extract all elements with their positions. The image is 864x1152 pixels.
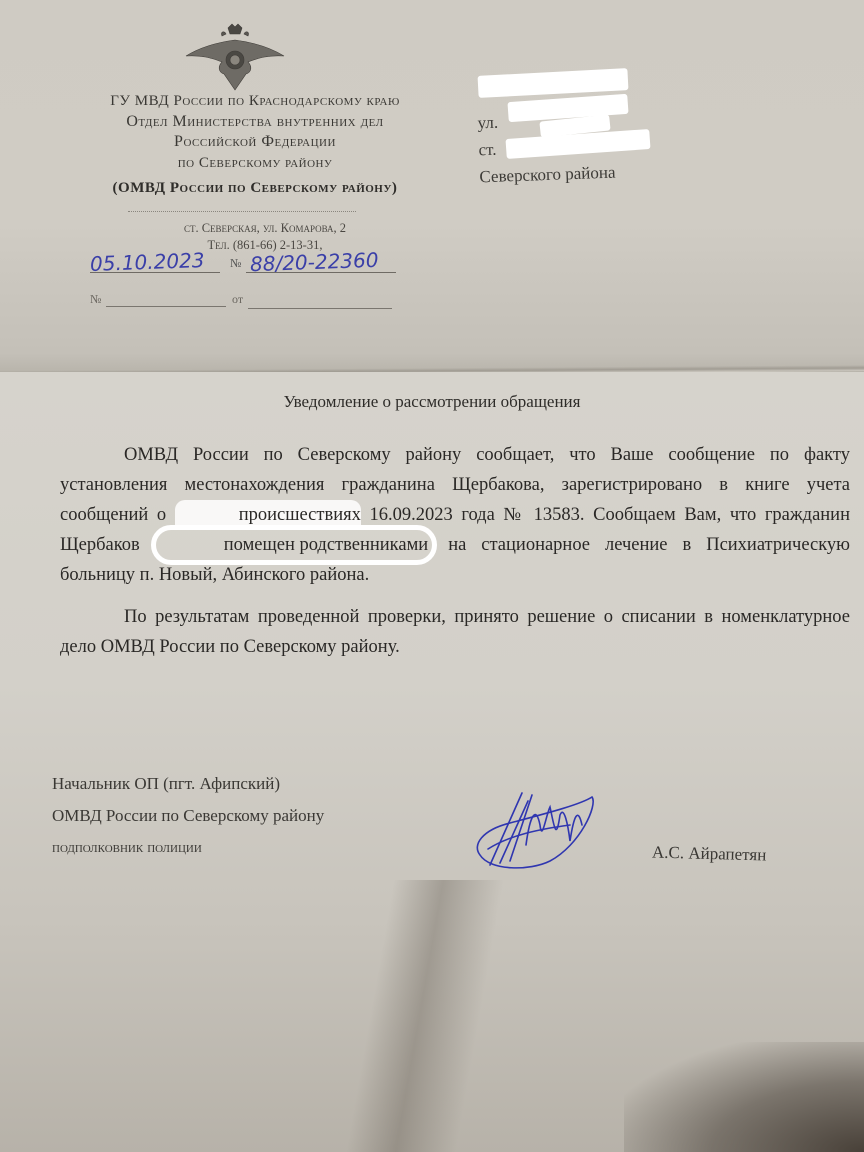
letterhead-contacts: ст. Северская, ул. Комарова, 2 Тел. (861… xyxy=(70,220,460,254)
number-underline xyxy=(246,272,396,273)
letterhead-line: Отдел Министерства внутренних дел xyxy=(70,112,440,132)
letterhead-short-name: (ОМВД России по Северскому району) xyxy=(70,180,440,197)
body-paragraph-2: По результатам проведенной проверки, при… xyxy=(60,602,850,662)
document-body: ОМВД России по Северскому району сообщае… xyxy=(60,440,850,662)
recipient-street-prefix: ул. xyxy=(477,113,498,133)
letterhead-address: ст. Северская, ул. Комарова, 2 xyxy=(70,220,460,237)
letterhead-line: ГУ МВД России по Краснодарскому краю xyxy=(70,90,440,112)
incoming-number-label: № xyxy=(90,292,101,307)
signature-block: Начальник ОП (пгт. Афипский) ОМВД России… xyxy=(52,768,324,864)
handwritten-signature-icon xyxy=(470,785,600,875)
signer-rank: подполковник полиции xyxy=(52,832,324,864)
letterhead-line: Российской Федерации xyxy=(70,132,440,152)
document-title: Уведомление о рассмотрении обращения xyxy=(0,392,864,412)
background-shadow xyxy=(624,1042,864,1152)
body-paragraph-1: ОМВД России по Северскому району сообщае… xyxy=(60,440,850,590)
signer-position-line-1: Начальник ОП (пгт. Афипский) xyxy=(52,768,324,800)
highlighted-phrase: помещен родственниками xyxy=(151,525,437,565)
incoming-reference: № от xyxy=(90,292,400,312)
incoming-from-label: от xyxy=(232,292,243,307)
incoming-number-field xyxy=(106,292,226,307)
signer-position-line-2: ОМВД России по Северскому району xyxy=(52,800,324,832)
number-sign: № xyxy=(230,256,241,271)
recipient-station-prefix: ст. xyxy=(478,140,497,160)
outgoing-registration: 05.10.2023 № 88/20-22360 xyxy=(90,250,400,274)
recipient-district: Северского района xyxy=(479,159,616,191)
letterhead-divider xyxy=(128,211,356,212)
incoming-date-field xyxy=(248,294,392,309)
letterhead-line: по Северскому району xyxy=(70,152,440,174)
date-underline xyxy=(90,272,220,273)
double-headed-eagle-emblem-icon xyxy=(180,22,290,92)
letterhead: ГУ МВД России по Краснодарскому краю Отд… xyxy=(70,90,440,197)
signer-name: А.С. Айрапетян xyxy=(652,843,767,866)
